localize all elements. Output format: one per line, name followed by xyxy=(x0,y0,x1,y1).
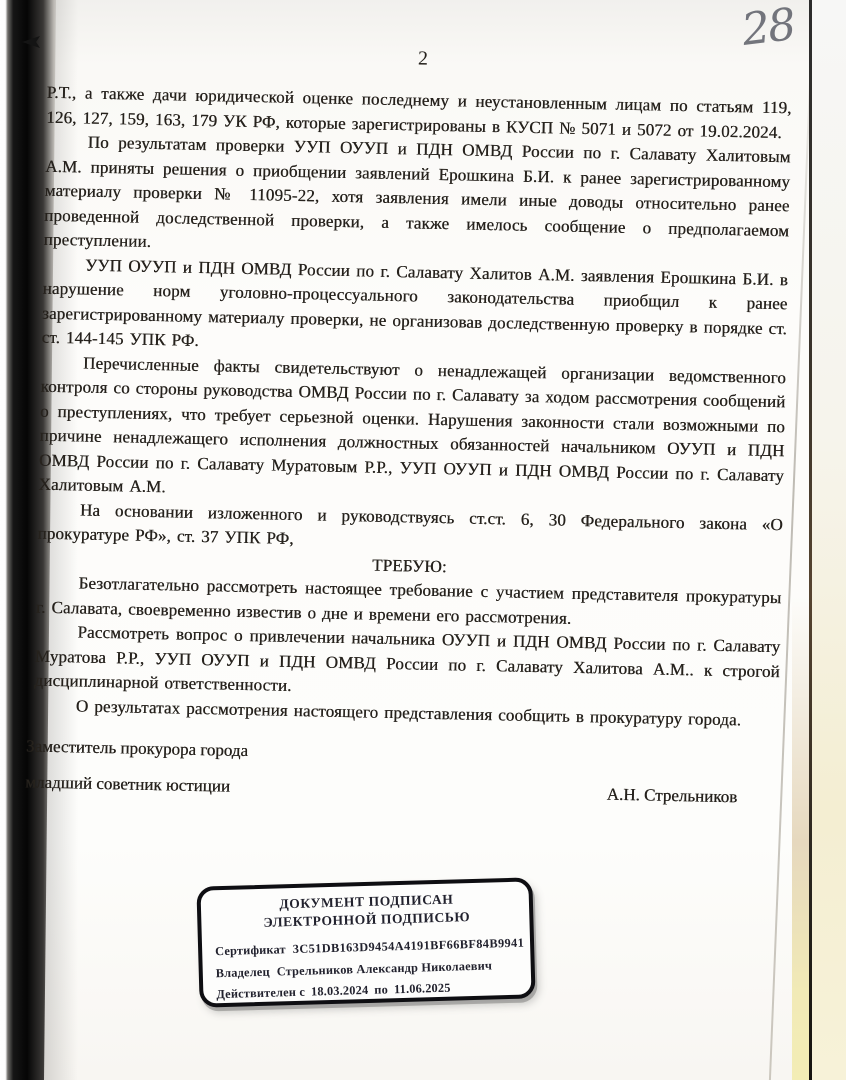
signatory-position-line1: Заместитель прокурора города xyxy=(26,734,738,773)
paragraph: УУП ОУУП и ПДН ОМВД России по г. Салават… xyxy=(41,252,788,366)
signature-block: Заместитель прокурора города младший сов… xyxy=(25,734,738,809)
stamp-validity-label: Действителен с xyxy=(216,985,305,1001)
stamp-certificate-label: Сертификат xyxy=(215,942,286,958)
stamp-owner-label: Владелец xyxy=(216,964,270,980)
paragraph: По результатам проверки УУП ОУУП и ПДН О… xyxy=(43,130,790,268)
stamp-validity-preposition: по xyxy=(374,982,388,996)
stamp-title: ДОКУМЕНТ ПОДПИСАН ЭЛЕКТРОННОЙ ПОДПИСЬЮ xyxy=(214,889,520,933)
stamp-owner-value: Стрельников Александр Николаевич xyxy=(277,958,493,978)
electronic-signature-stamp: ДОКУМЕНТ ПОДПИСАН ЭЛЕКТРОННОЙ ПОДПИСЬЮ С… xyxy=(196,877,535,1007)
stamp-validity-to: 11.06.2025 xyxy=(394,981,451,997)
document-content: 2 Р.Т., а также дачи юридической оценке … xyxy=(0,0,846,811)
page-number: 2 xyxy=(0,0,846,79)
signatory-name: А.Н. Стрельников xyxy=(606,783,737,810)
scanned-document-page: 2 Р.Т., а также дачи юридической оценке … xyxy=(0,0,846,1080)
signatory-position-line2: младший советник юстиции xyxy=(25,770,230,798)
stamp-validity-from: 18.03.2024 xyxy=(311,983,369,999)
stamp-details: Сертификат3C51DB163D9454A4191BF66BF84B99… xyxy=(215,933,522,1006)
handwritten-page-number: 28 xyxy=(739,0,797,56)
document-body: Р.Т., а также дачи юридической оценке по… xyxy=(34,81,792,733)
paragraph: Перечисленные факты свидетельствуют о не… xyxy=(38,350,786,513)
stamp-certificate-value: 3C51DB163D9454A4191BF66BF84B9941 xyxy=(293,936,525,956)
